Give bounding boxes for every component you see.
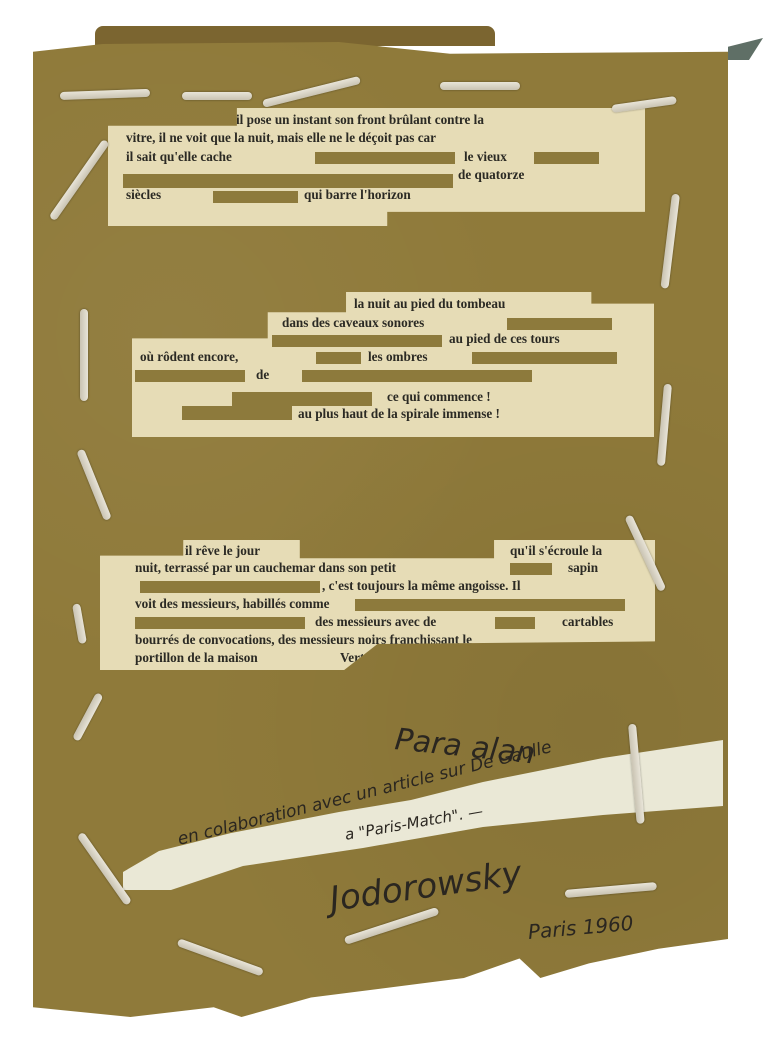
corner-flap: [728, 38, 763, 60]
clip2-line4a: où rôdent encore,: [140, 348, 238, 367]
clip3-line3: , c'est toujours la même angoisse. Il: [322, 577, 521, 596]
clip3-line7a: portillon de la maison: [135, 649, 258, 668]
thread-stitch: [80, 309, 88, 401]
clip2-line5: de: [256, 366, 269, 385]
clip1-line5a: siècles: [126, 186, 161, 205]
clip3-line1a: il rêve le jour: [185, 542, 260, 561]
clip3-line2a: nuit, terrassé par un cauchemar dans son…: [135, 559, 396, 578]
clip2-line2: dans des caveaux sonores: [282, 314, 424, 333]
redaction: [182, 406, 292, 420]
clip2-line4b: les ombres: [368, 348, 427, 367]
clip1-line5b: qui barre l'horizon: [304, 186, 411, 205]
redaction: [140, 581, 320, 593]
redaction: [302, 370, 532, 382]
redaction: [355, 599, 625, 611]
redaction: [507, 318, 612, 330]
clip1-line3a: il sait qu'elle cache: [126, 148, 232, 167]
redaction: [315, 152, 455, 164]
clip1-line2: vitre, il ne voit que la nuit, mais elle…: [126, 129, 436, 148]
clip1-line3b: le vieux: [464, 148, 507, 167]
redaction: [213, 191, 298, 203]
clip3-line4: voit des messieurs, habillés comme: [135, 595, 330, 614]
clip3-line5b: cartables: [562, 613, 613, 632]
clip2-line3: au pied de ces tours: [449, 330, 560, 349]
redaction: [272, 335, 442, 347]
redaction: [135, 370, 245, 382]
redaction: [316, 352, 361, 364]
clip1-line1: il pose un instant son front brûlant con…: [236, 111, 484, 130]
clip3-line5a: des messieurs avec de: [315, 613, 436, 632]
redaction: [472, 352, 617, 364]
thread-stitch: [182, 92, 252, 100]
clip2-line1: la nuit au pied du tombeau: [354, 295, 505, 314]
redaction: [495, 617, 535, 629]
clip1-line4: de quatorze: [458, 166, 524, 185]
redaction: [534, 152, 599, 164]
thread-stitch: [440, 82, 520, 90]
redaction: [232, 392, 372, 406]
clip3-line2b: sapin: [568, 559, 598, 578]
clip2-line6: ce qui commence !: [387, 388, 491, 407]
clip3-line1b: qu'il s'écroule la: [510, 542, 602, 561]
clip2-line7: au plus haut de la spirale immense !: [298, 405, 500, 424]
redaction: [135, 617, 305, 629]
redaction: [510, 563, 552, 575]
